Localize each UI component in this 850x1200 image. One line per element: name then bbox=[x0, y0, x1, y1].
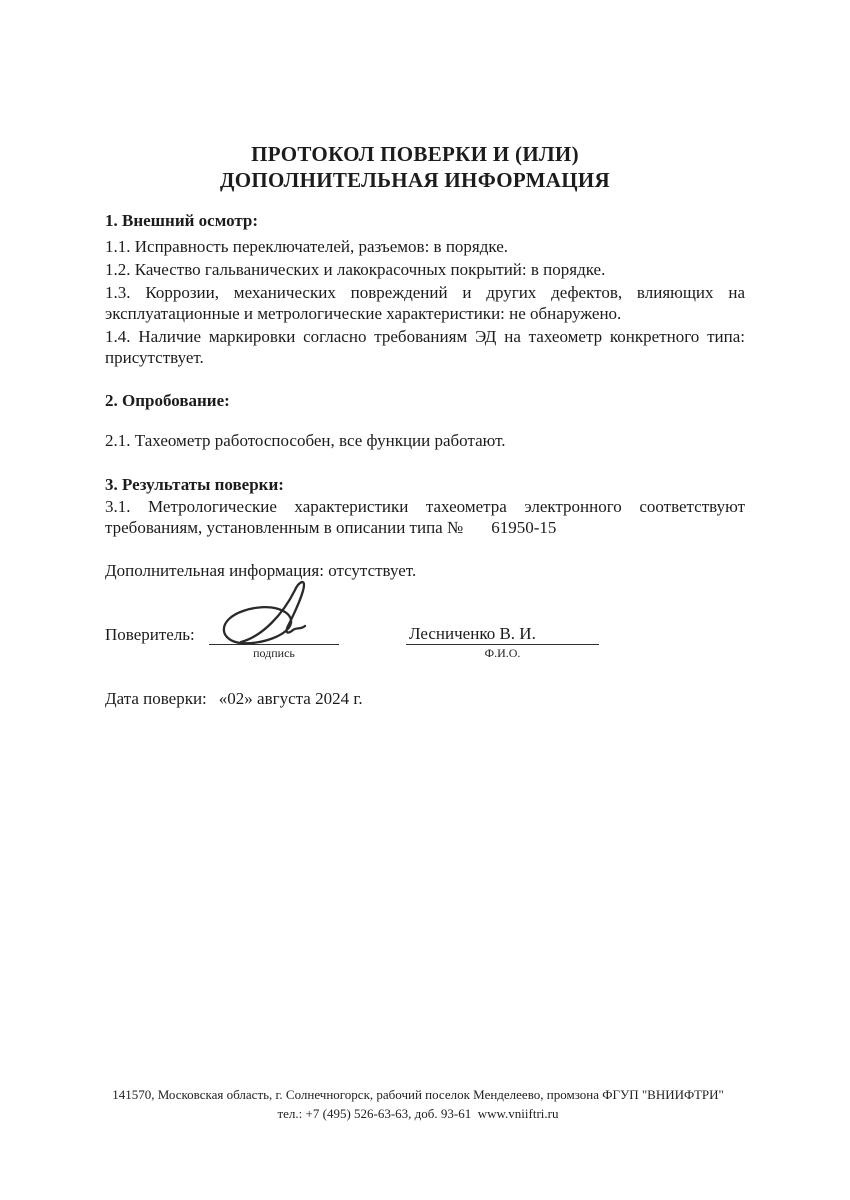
section-2-heading: 2. Опробование: bbox=[105, 390, 745, 411]
document-title-line1: ПРОТОКОЛ ПОВЕРКИ И (ИЛИ) bbox=[105, 141, 725, 167]
organization-footer: 141570, Московская область, г. Солнечног… bbox=[0, 1085, 850, 1123]
additional-info: Дополнительная информация: отсутствует. bbox=[105, 560, 745, 581]
footer-address: 141570, Московская область, г. Солнечног… bbox=[0, 1085, 836, 1104]
verification-date-row: Дата поверки: «02» августа 2024 г. bbox=[105, 688, 745, 709]
document-body: ПРОТОКОЛ ПОВЕРКИ И (ИЛИ) ДОПОЛНИТЕЛЬНАЯ … bbox=[0, 0, 850, 709]
item-3-1-line2: требованиям, установленным в описании ти… bbox=[105, 517, 745, 538]
item-1-4-line1: 1.4. Наличие маркировки согласно требова… bbox=[105, 326, 745, 347]
item-2-1-text: 2.1. Тахеометр работоспособен, все функц… bbox=[105, 430, 745, 451]
item-1-2-text: 1.2. Качество гальванических и лакокрасо… bbox=[105, 259, 745, 280]
item-1-1-text: 1.1. Исправность переключателей, разъемо… bbox=[105, 236, 745, 257]
item-1-2: 1.2. Качество гальванических и лакокрасо… bbox=[105, 259, 745, 280]
section-3-heading: 3. Результаты поверки: bbox=[105, 474, 745, 495]
item-3-1-line1: 3.1. Метрологические характеристики тахе… bbox=[105, 496, 745, 517]
document-title: ПРОТОКОЛ ПОВЕРКИ И (ИЛИ) ДОПОЛНИТЕЛЬНАЯ … bbox=[105, 141, 745, 193]
item-1-4: 1.4. Наличие маркировки согласно требова… bbox=[105, 326, 745, 368]
verifier-name: Лесниченко В. И. bbox=[406, 624, 536, 644]
name-caption: Ф.И.О. bbox=[406, 647, 599, 660]
verification-date-label: Дата поверки: bbox=[105, 688, 207, 709]
item-3-1: 3.1. Метрологические характеристики тахе… bbox=[105, 496, 745, 538]
section-1-heading: 1. Внешний осмотр: bbox=[105, 210, 745, 231]
verification-date-value: «02» августа 2024 г. bbox=[219, 688, 363, 709]
handwritten-signature bbox=[205, 572, 345, 650]
type-description-label: требованиям, установленным в описании ти… bbox=[105, 518, 463, 537]
footer-contacts: тел.: +7 (495) 526-63-63, доб. 93-61 www… bbox=[0, 1104, 836, 1123]
item-1-1: 1.1. Исправность переключателей, разъемо… bbox=[105, 236, 745, 257]
document-title-line2: ДОПОЛНИТЕЛЬНАЯ ИНФОРМАЦИЯ bbox=[105, 167, 725, 193]
signature-field: подпись bbox=[209, 620, 339, 645]
additional-info-text: Дополнительная информация: отсутствует. bbox=[105, 560, 745, 581]
item-1-4-line2: присутствует. bbox=[105, 347, 745, 368]
item-1-3-line2: эксплуатационные и метрологические харак… bbox=[105, 303, 745, 324]
scanned-document-page: ПРОТОКОЛ ПОВЕРКИ И (ИЛИ) ДОПОЛНИТЕЛЬНАЯ … bbox=[0, 0, 850, 1200]
verifier-name-field: Лесниченко В. И. Ф.И.О. bbox=[406, 620, 599, 645]
verifier-label: Поверитель: bbox=[105, 625, 209, 645]
verifier-signature-row: Поверитель: подпись Лесниченко В. И. Ф.И… bbox=[105, 621, 745, 645]
item-1-3-line1: 1.3. Коррозии, механических повреждений … bbox=[105, 282, 745, 303]
signature-caption: подпись bbox=[209, 647, 339, 660]
item-1-3: 1.3. Коррозии, механических повреждений … bbox=[105, 282, 745, 324]
item-2-1: 2.1. Тахеометр работоспособен, все функц… bbox=[105, 430, 745, 451]
type-registry-number: 61950-15 bbox=[491, 517, 556, 538]
